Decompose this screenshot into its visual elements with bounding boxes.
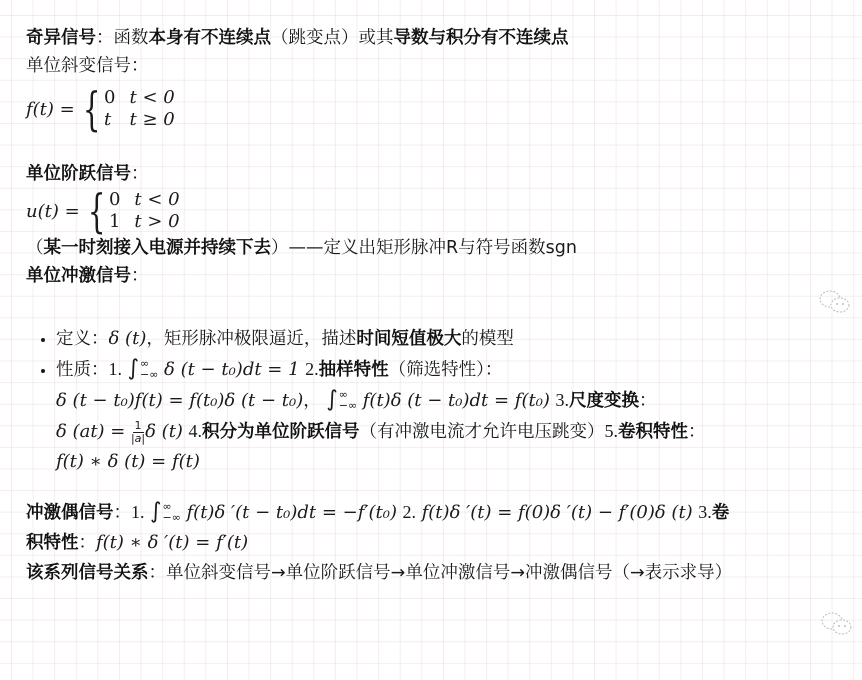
relation-line: 该系列信号关系：单位斜变信号→单位阶跃信号→单位冲激信号→冲激偶信号（→表示求导… [26, 558, 846, 588]
doublet-signal-title: 冲激偶信号 [26, 503, 114, 523]
doublet-convolution-line: 积特性：f(t) ∗ δ ′(t) = f′(t) [26, 528, 846, 558]
step-formula: u(t) = { 0t < 0 1t > 0 [26, 188, 846, 234]
doublet-signal-line: 冲激偶信号：1. ∫∞−∞ f(t)δ ′(t − t₀)dt = −f′(t₀… [26, 497, 846, 528]
step-signal-title-line: 单位阶跃信号： [26, 160, 846, 188]
left-brace: { [83, 86, 101, 132]
ramp-formula: f(t) = { 0t < 0 tt ≥ 0 [26, 86, 846, 132]
step-signal-title: 单位阶跃信号 [26, 164, 131, 184]
impulse-signal-title-line: 单位冲激信号： [26, 262, 846, 290]
singular-signal-line: 奇异信号：函数本身有不连续点（跳变点）或其导数与积分有不连续点 [26, 24, 846, 52]
impulse-list: 定义：δ (t)，矩形脉冲极限逼近，描述时间短值极大的模型 性质：1. ∫∞−∞… [26, 324, 846, 477]
integral: ∫∞−∞ [326, 385, 357, 415]
integral: ∫∞−∞ [150, 497, 181, 527]
ramp-signal-title: 单位斜变信号： [26, 52, 846, 80]
singular-signal-title: 奇异信号 [26, 28, 96, 48]
impulse-signal-title: 单位冲激信号 [26, 266, 131, 286]
integral: ∫∞−∞ [128, 354, 159, 384]
list-item-definition: 定义：δ (t)，矩形脉冲极限逼近，描述时间短值极大的模型 [56, 324, 846, 354]
step-note: （某一时刻接入电源并持续下去）——定义出矩形脉冲R与符号函数sgn [26, 234, 846, 262]
list-item-properties: 性质：1. ∫∞−∞ δ (t − t₀)dt = 1 2.抽样特性（筛选特性）… [56, 354, 846, 477]
document: 奇异信号：函数本身有不连续点（跳变点）或其导数与积分有不连续点 单位斜变信号： … [26, 24, 846, 588]
wechat-icon [818, 288, 852, 316]
relation-title: 该系列信号关系 [26, 563, 149, 583]
fraction: 1|a| [131, 420, 145, 445]
left-brace: { [88, 188, 106, 234]
wechat-icon [820, 610, 854, 638]
